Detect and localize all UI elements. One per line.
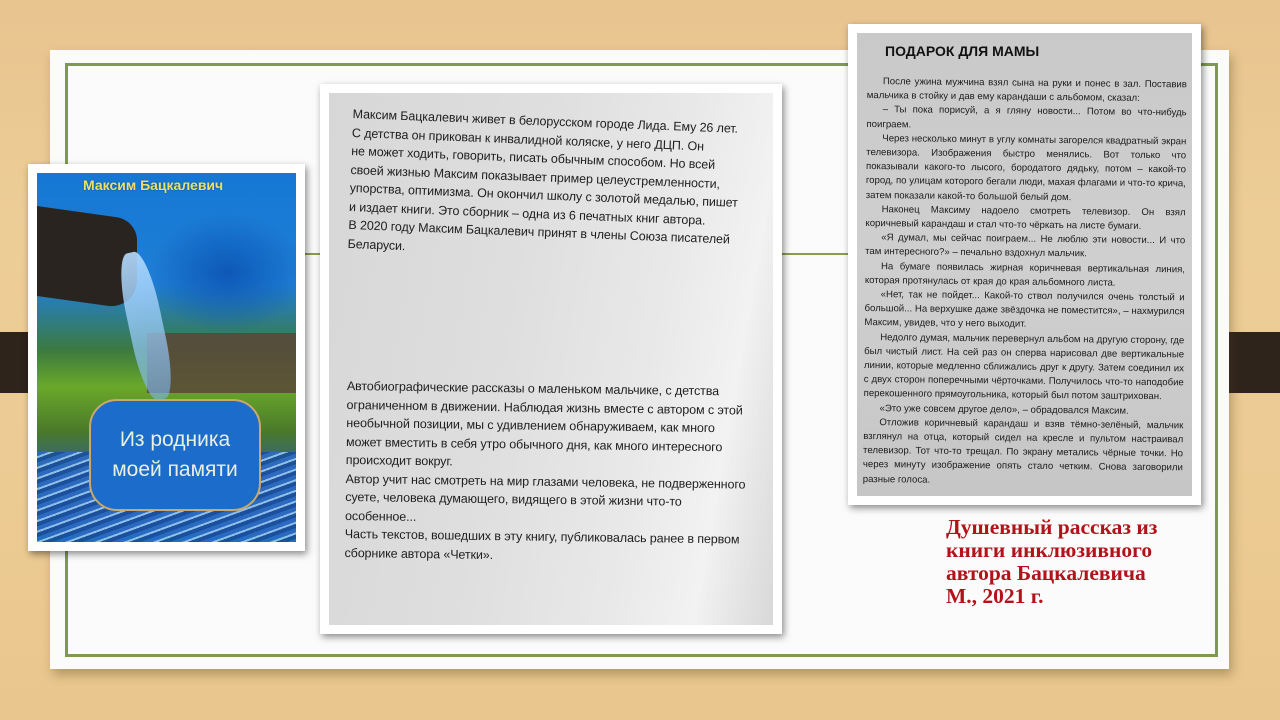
story-paragraph: На бумаге появилась жирная коричневая ве… [865, 260, 1185, 292]
story-paragraph: Через несколько минут в углу комнаты заг… [866, 132, 1187, 206]
book-annotation-paragraph: Автобиографические рассказы о маленьком … [344, 377, 765, 568]
caption-line: книги инклюзивного [946, 539, 1216, 562]
story-page-photo: ПОДАРОК ДЛЯ МАМЫ После ужина мужчина взя… [848, 24, 1201, 505]
caption-line: автора Бацкалевича [946, 562, 1216, 585]
annotation-page-scan: Максим Бацкалевич живет в белорусском го… [329, 93, 773, 625]
book-cover-photo: Максим Бацкалевич Из родника моей памяти [28, 164, 305, 551]
slide-caption: Душевный рассказ из книги инклюзивного а… [946, 516, 1216, 608]
story-paragraph: «Я думал, мы сейчас поиграем... Не люблю… [865, 231, 1185, 263]
story-paragraph: «Нет, так не пойдет... Какой-то ствол по… [864, 288, 1184, 334]
book-cover-image: Максим Бацкалевич Из родника моей памяти [37, 173, 296, 542]
frame-connector-left [305, 253, 320, 255]
story-body: После ужина мужчина взял сына на руки и … [863, 75, 1187, 490]
story-paragraph: – Ты пока порисуй, а я гляну новости... … [866, 103, 1186, 135]
cover-author: Максим Бацкалевич [83, 177, 223, 193]
caption-line: Душевный рассказ из [946, 516, 1216, 539]
story-page-scan: ПОДАРОК ДЛЯ МАМЫ После ужина мужчина взя… [857, 33, 1192, 496]
annotation-page-photo: Максим Бацкалевич живет в белорусском го… [320, 84, 782, 634]
caption-line: М., 2021 г. [946, 585, 1216, 608]
story-title: ПОДАРОК ДЛЯ МАМЫ [885, 43, 1039, 59]
cover-title-line-1: Из родника [120, 425, 230, 455]
story-paragraph: Недолго думая, мальчик перевернул альбом… [864, 331, 1185, 405]
cover-title-line-2: моей памяти [112, 455, 238, 485]
author-bio-paragraph: Максим Бацкалевич живет в белорусском го… [347, 105, 754, 268]
cover-title-badge: Из родника моей памяти [89, 399, 261, 511]
cover-sky [147, 213, 296, 333]
story-paragraph: Наконец Максиму надоело смотреть телевиз… [865, 203, 1185, 235]
story-paragraph: После ужина мужчина взял сына на руки и … [867, 75, 1187, 107]
frame-connector-right [782, 253, 848, 255]
story-paragraph: Отложив коричневый карандаш и взяв тёмно… [863, 416, 1184, 490]
